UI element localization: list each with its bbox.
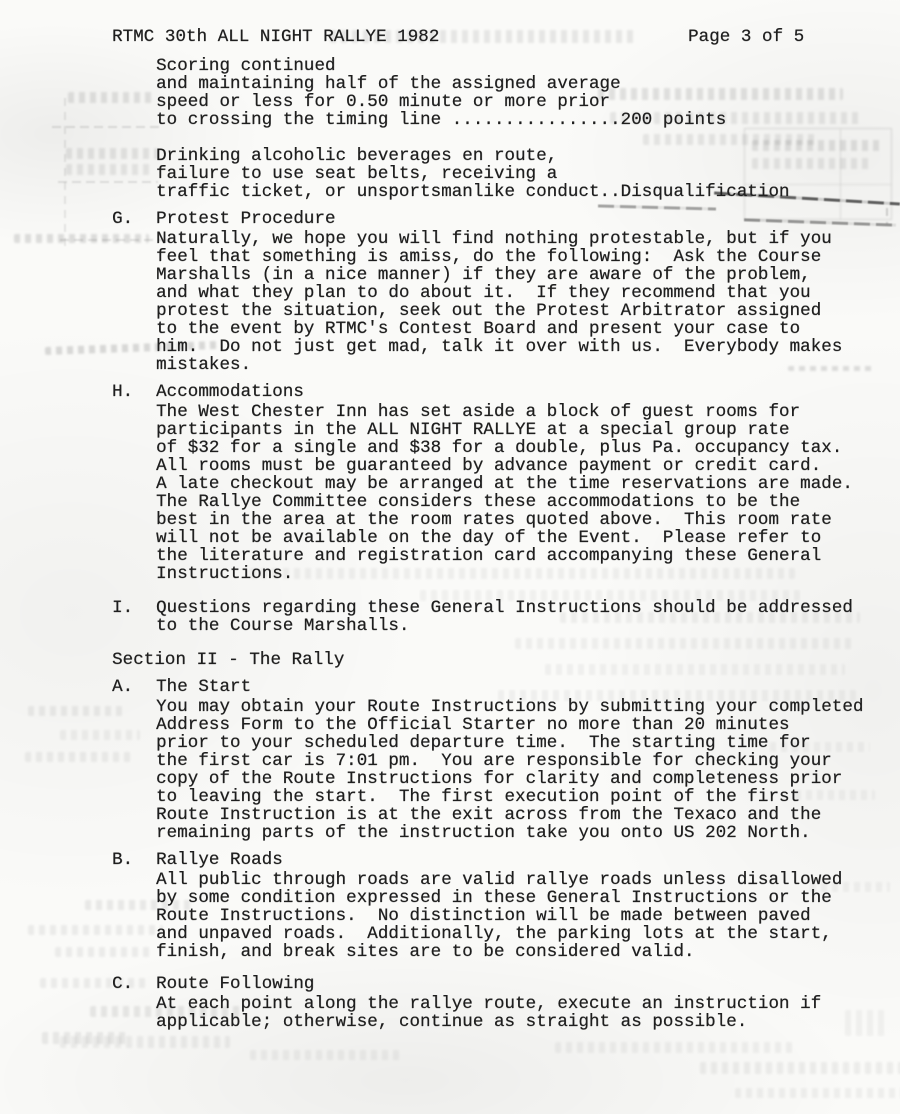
- scan-artifact: [250, 1050, 400, 1060]
- item-c-heading: Route Following: [156, 975, 821, 993]
- page-indicator: Page 3 of 5: [688, 28, 804, 46]
- item-g-heading: Protest Procedure: [156, 210, 842, 228]
- item-i-body: Questions regarding these General Instru…: [156, 599, 853, 635]
- item-i-questions: I. Questions regarding these General Ins…: [112, 599, 900, 635]
- item-a-heading: The Start: [156, 678, 863, 696]
- scoring-paragraph-speed: and maintaining half of the assigned ave…: [156, 75, 900, 129]
- section-2-heading: Section II - The Rally: [112, 651, 900, 669]
- item-h-label: H.: [112, 383, 156, 583]
- item-c-body: At each point along the rallye route, ex…: [156, 995, 821, 1031]
- item-h-accommodations: H. Accommodations The West Chester Inn h…: [112, 383, 900, 583]
- document-title: RTMC 30th ALL NIGHT RALLYE 1982: [112, 27, 439, 47]
- item-b-heading: Rallye Roads: [156, 851, 842, 869]
- item-i-label: I.: [112, 599, 156, 635]
- scan-artifact: [735, 1088, 900, 1098]
- item-b-label: B.: [112, 851, 156, 961]
- scan-artifact: [60, 1036, 230, 1048]
- item-h-heading: Accommodations: [156, 383, 853, 401]
- scanned-document-page: RTMC 30th ALL NIGHT RALLYE 1982 Page 3 o…: [0, 0, 900, 1114]
- document-body: Scoring continued and maintaining half o…: [112, 57, 900, 1031]
- item-g-protest-procedure: G. Protest Procedure Naturally, we hope …: [112, 210, 900, 374]
- scan-artifact: [700, 1062, 900, 1074]
- scan-artifact: [555, 1042, 795, 1053]
- item-b-rallye-roads: B. Rallye Roads All public through roads…: [112, 851, 900, 961]
- item-h-body: The West Chester Inn has set aside a blo…: [156, 403, 853, 583]
- item-c-label: C.: [112, 975, 156, 1031]
- item-b-body: All public through roads are valid rally…: [156, 871, 842, 961]
- item-g-body: Naturally, we hope you will find nothing…: [156, 230, 842, 374]
- item-a-body: You may obtain your Route Instructions b…: [156, 698, 863, 842]
- item-c-route-following: C. Route Following At each point along t…: [112, 975, 900, 1031]
- scoring-paragraph-conduct: Drinking alcoholic beverages en route, f…: [156, 147, 900, 201]
- item-a-the-start: A. The Start You may obtain your Route I…: [112, 678, 900, 842]
- item-a-label: A.: [112, 678, 156, 842]
- scoring-heading: Scoring continued: [156, 57, 900, 75]
- scan-artifact: [28, 706, 123, 716]
- scoring-continued-section: Scoring continued and maintaining half o…: [156, 57, 900, 201]
- page-header: RTMC 30th ALL NIGHT RALLYE 1982 Page 3 o…: [112, 28, 900, 46]
- document-text-column: RTMC 30th ALL NIGHT RALLYE 1982 Page 3 o…: [112, 28, 900, 1031]
- item-g-label: G.: [112, 210, 156, 374]
